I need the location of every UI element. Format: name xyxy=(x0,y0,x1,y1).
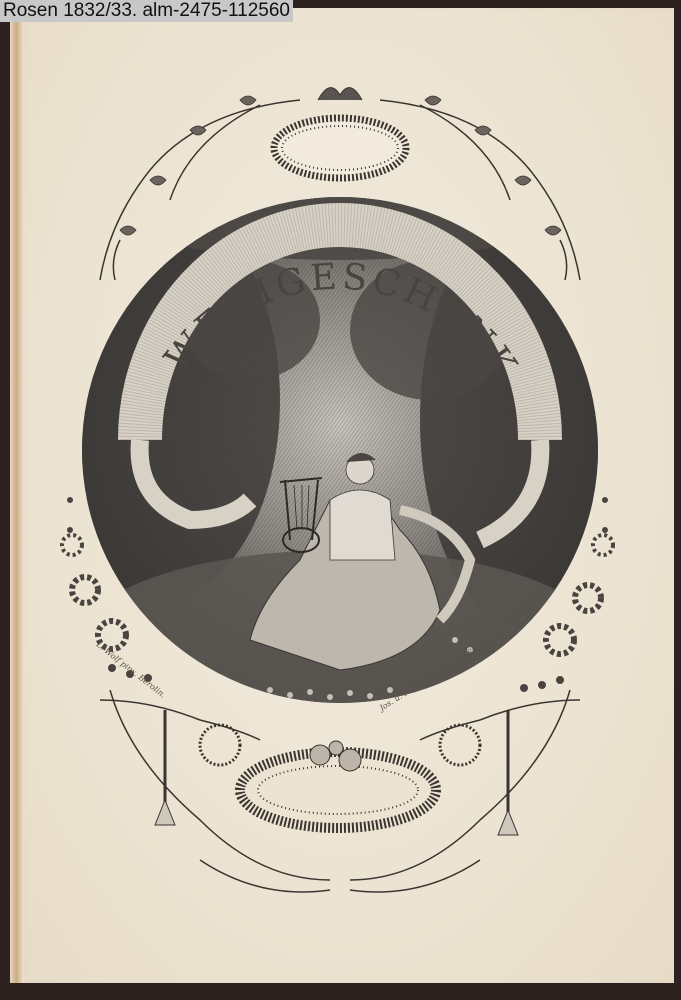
image-caption: Rosen 1832/33. alm-2475-112560 xyxy=(0,0,293,22)
torch-right-icon xyxy=(498,710,518,835)
engraved-plate: WEIHGESCHENK xyxy=(0,0,681,1000)
torch-left-icon xyxy=(155,710,175,825)
bottom-flower-wreath xyxy=(240,741,436,828)
